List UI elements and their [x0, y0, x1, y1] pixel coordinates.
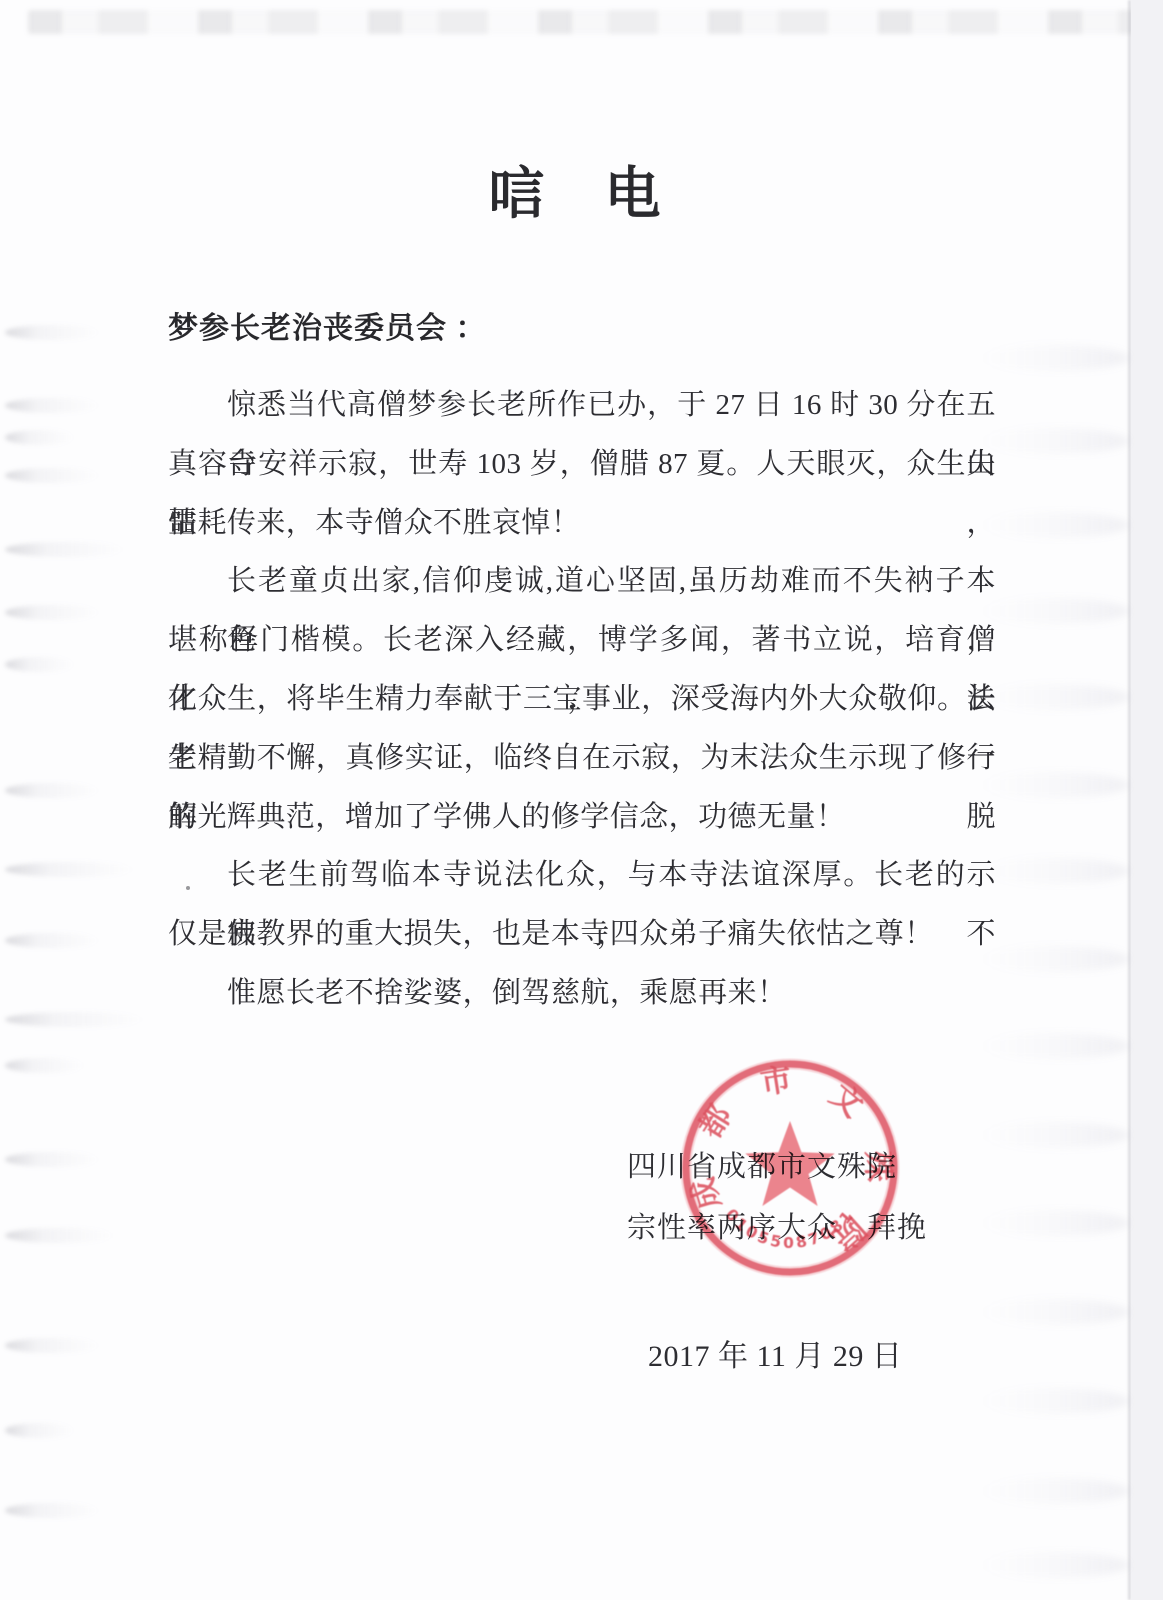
date-line: 2017 年 11 月 29 日 [648, 1331, 902, 1375]
body-line: 长老生前驾临本寺说法化众，与本寺法谊深厚。长老的示寂，不 [168, 846, 996, 905]
scan-smudge [5, 398, 100, 413]
seal-registration-number: 01055087081 [722, 1206, 859, 1252]
scan-smudge [5, 605, 100, 620]
body-line: 真容寺安祥示寂，世寿 103 岁，僧腊 87 夏。人天眼灭，众生失怙， [168, 435, 996, 494]
seal-char: 都 [692, 1099, 739, 1145]
seal-char: 殊 [860, 1151, 896, 1183]
body-line: 生精勤不懈，真修实证，临终自在示寂，为末法众生示现了修行解脱 [168, 729, 996, 788]
scan-smudge [5, 783, 100, 798]
body-line: 堪称释门楷模。长老深入经藏，博学多闻，著书立说，培育僧才，法 [168, 611, 996, 670]
scan-wisp [979, 1299, 1129, 1325]
seal-char: 市 [758, 1061, 794, 1100]
body-line: 惊悉当代高僧梦参长老所作已办，于 27 日 16 时 30 分在五台山 [168, 376, 996, 435]
scan-smudge [5, 542, 125, 557]
document-title: 唁 电 [0, 150, 1151, 230]
scan-wisp [979, 1122, 1129, 1148]
scan-smudge [5, 430, 75, 445]
official-red-seal: 成 都 市 文 殊 院 01055087081 [672, 1050, 908, 1286]
scan-wisp [979, 345, 1129, 371]
scan-smudge [5, 1338, 100, 1353]
body-line: 惟愿长老不捨娑婆，倒驾慈航，乘愿再来！ [168, 964, 996, 1023]
scan-smudge [5, 862, 135, 877]
scan-wisp [979, 1388, 1129, 1414]
body-line: 仅是佛教界的重大损失，也是本寺四众弟子痛失依怙之尊！ [168, 905, 996, 964]
scan-wisp [979, 1033, 1129, 1059]
scan-wisp [979, 428, 1129, 454]
seal-char: 文 [823, 1077, 869, 1124]
salutation-line: 梦参长老治丧委员会 ： [168, 303, 487, 347]
scan-wisp [979, 512, 1129, 538]
scan-noise-top [28, 10, 1157, 34]
scan-smudge [5, 1423, 75, 1438]
scan-smudge [5, 468, 100, 483]
body-line: 化众生，将毕生精力奉献于三宝事业，深受海内外大众敬仰。长老一 [168, 670, 996, 729]
scanned-condolence-letter: 唁 电 梦参长老治丧委员会 ： 惊悉当代高僧梦参长老所作已办，于 27 日 16… [0, 0, 1163, 1600]
body-line: 长老童贞出家,信仰虔诚,道心坚固,虽历劫难而不失衲子本色， [168, 552, 996, 611]
scan-smudge [5, 1503, 100, 1518]
scan-wisp [979, 684, 1129, 710]
scan-wisp [979, 858, 1129, 884]
star-icon [745, 1121, 834, 1206]
scan-smudge [5, 933, 100, 948]
scan-wisp [979, 772, 1129, 798]
scan-background [1131, 0, 1163, 1600]
scan-wisp [979, 1210, 1129, 1236]
scan-wisp [979, 1552, 1129, 1578]
scan-wisp [979, 598, 1129, 624]
letter-body: 惊悉当代高僧梦参长老所作已办，于 27 日 16 时 30 分在五台山 真容寺安… [168, 376, 996, 1023]
scan-smudge [5, 325, 100, 340]
scan-smudge [5, 1152, 100, 1167]
scan-smudge [5, 1228, 115, 1243]
scan-smudge [5, 657, 75, 672]
scan-wisp [979, 1478, 1129, 1504]
scan-wisp [979, 946, 1129, 972]
scan-smudge [5, 1012, 145, 1027]
scan-smudge [5, 1058, 85, 1073]
